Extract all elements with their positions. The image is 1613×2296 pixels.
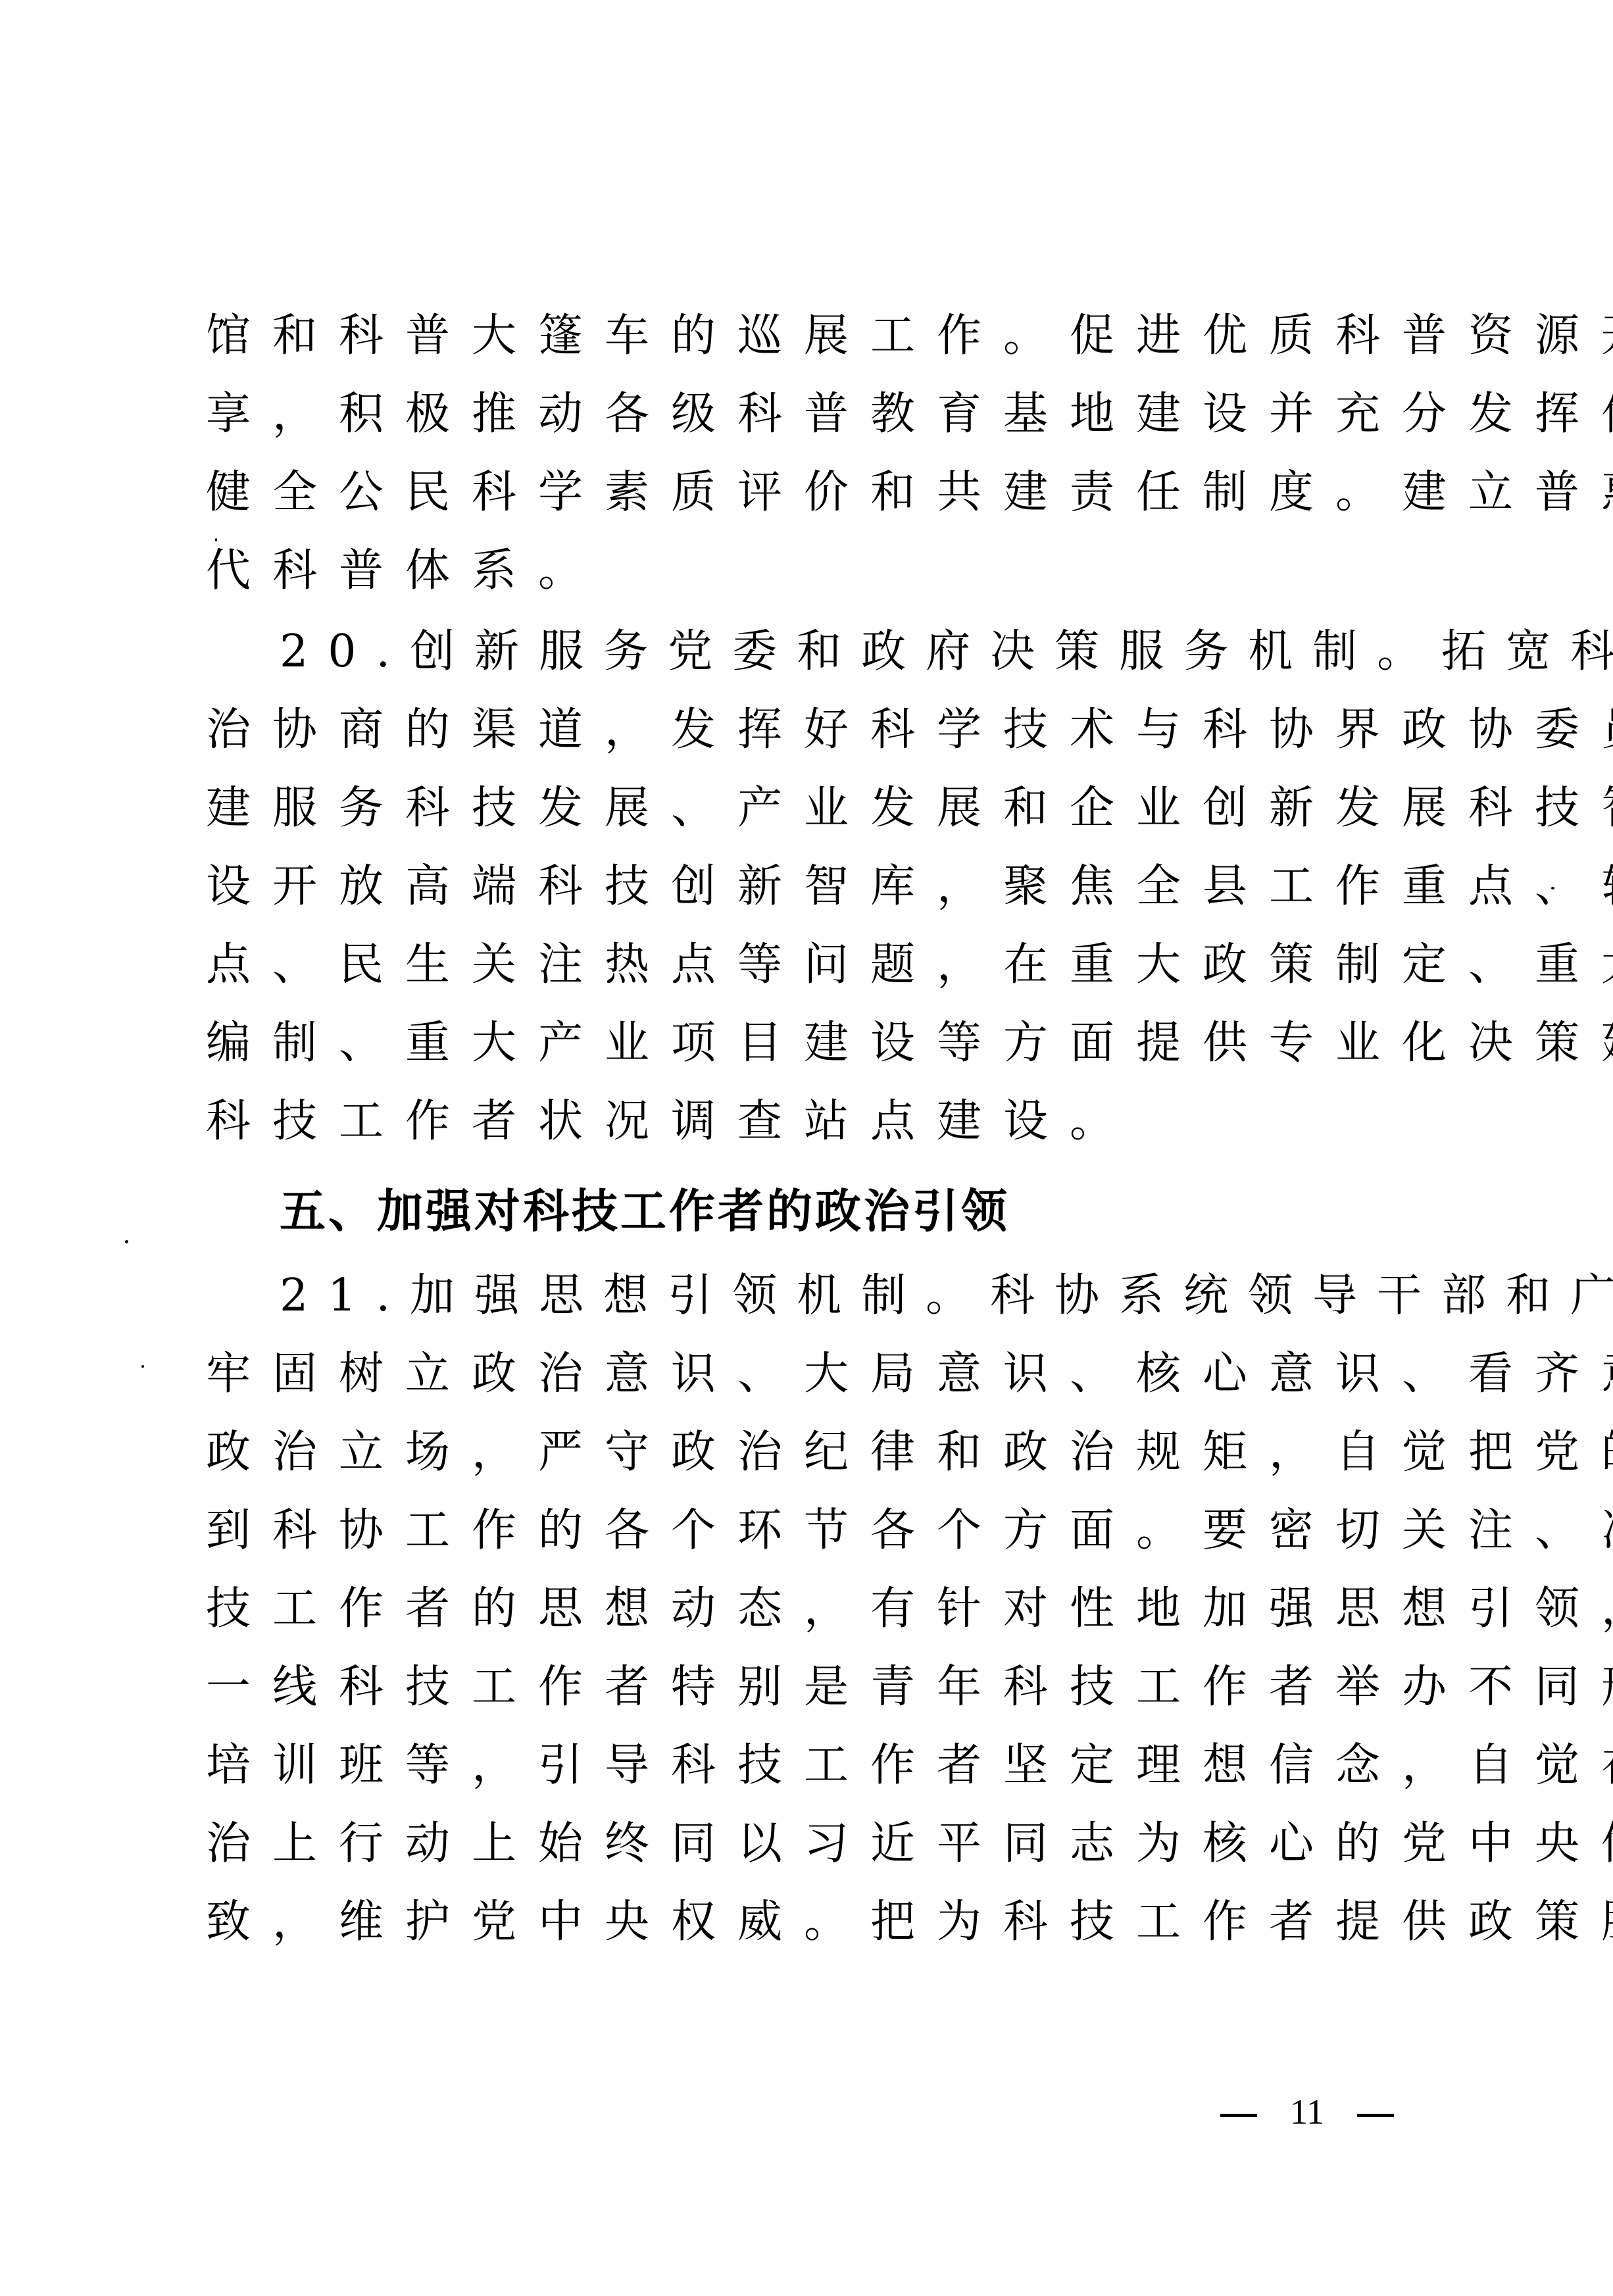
paragraph-line: 健全公民科学素质评价和共建责任制度。建立普惠共享的现 xyxy=(206,453,1410,532)
dash-right xyxy=(1357,2114,1394,2117)
paragraph-line: 牢固树立政治意识、大局意识、核心意识、看齐意识，坚定 xyxy=(206,1335,1410,1413)
scan-speck xyxy=(1551,887,1554,889)
paragraph-line: 馆和科普大篷车的巡展工作。促进优质科普资源开发开放共 xyxy=(206,297,1410,375)
paragraph-line: 到科协工作的各个环节各个方面。要密切关注、准确把握科 xyxy=(206,1491,1410,1570)
scan-speck xyxy=(125,1240,128,1243)
paragraph-line: 治协商的渠道，发挥好科学技术与科协界政协委员作用。组 xyxy=(206,691,1410,769)
section-heading: 五、加强对科技工作者的政治引领 xyxy=(280,1172,1010,1251)
paragraph-line: 编制、重大产业项目建设等方面提供专业化决策建议。加强 xyxy=(206,1004,1410,1082)
paragraph-line: 一线科技工作者特别是青年科技工作者举办不同形式的学习 xyxy=(206,1648,1410,1726)
paragraph-line: 享，积极推动各级科普教育基地建设并充分发挥作用，建立 xyxy=(206,375,1410,453)
dash-left xyxy=(1220,2114,1257,2117)
paragraph-line: 技工作者的思想动态，有针对性地加强思想引领，面向基层 xyxy=(206,1570,1410,1648)
document-page: 馆和科普大篷车的巡展工作。促进优质科普资源开发开放共 享，积极推动各级科普教育基… xyxy=(0,0,1613,2296)
paragraph-line: 致，维护党中央权威。把为科技工作者提供政策服务作为科 xyxy=(206,1883,1410,1961)
paragraph-line: 点、民生关注热点等问题，在重大政策制定、重大发展规划 xyxy=(206,926,1410,1004)
scan-speck xyxy=(215,538,217,541)
paragraph-first-line: 21.加强思想引领机制。科协系统领导干部和广大党员要 xyxy=(280,1257,1483,1335)
paragraph-line: 治上行动上始终同以习近平同志为核心的党中央保持高度一 xyxy=(206,1805,1410,1883)
page-number-value: 11 xyxy=(1290,2092,1324,2132)
paragraph-line: 设开放高端科技创新智库，聚焦全县工作重点、转型升级难 xyxy=(206,847,1410,926)
paragraph-line: 科技工作者状况调查站点建设。 xyxy=(206,1082,1410,1160)
paragraph-line: 代科普体系。 xyxy=(206,532,1410,610)
paragraph-first-line: 20.创新服务党委和政府决策服务机制。拓宽科协参与政 xyxy=(280,612,1483,691)
paragraph-line: 培训班等，引导科技工作者坚定理想信念，自觉在思想上政 xyxy=(206,1726,1410,1805)
paragraph-line: 政治立场，严守政治纪律和政治规矩，自觉把党的工作贯穿 xyxy=(206,1413,1410,1491)
page-number: 11 xyxy=(1220,2092,1418,2132)
paragraph-line: 建服务科技发展、产业发展和企业创新发展科技智囊团，建 xyxy=(206,769,1410,847)
scan-speck xyxy=(141,1365,144,1368)
